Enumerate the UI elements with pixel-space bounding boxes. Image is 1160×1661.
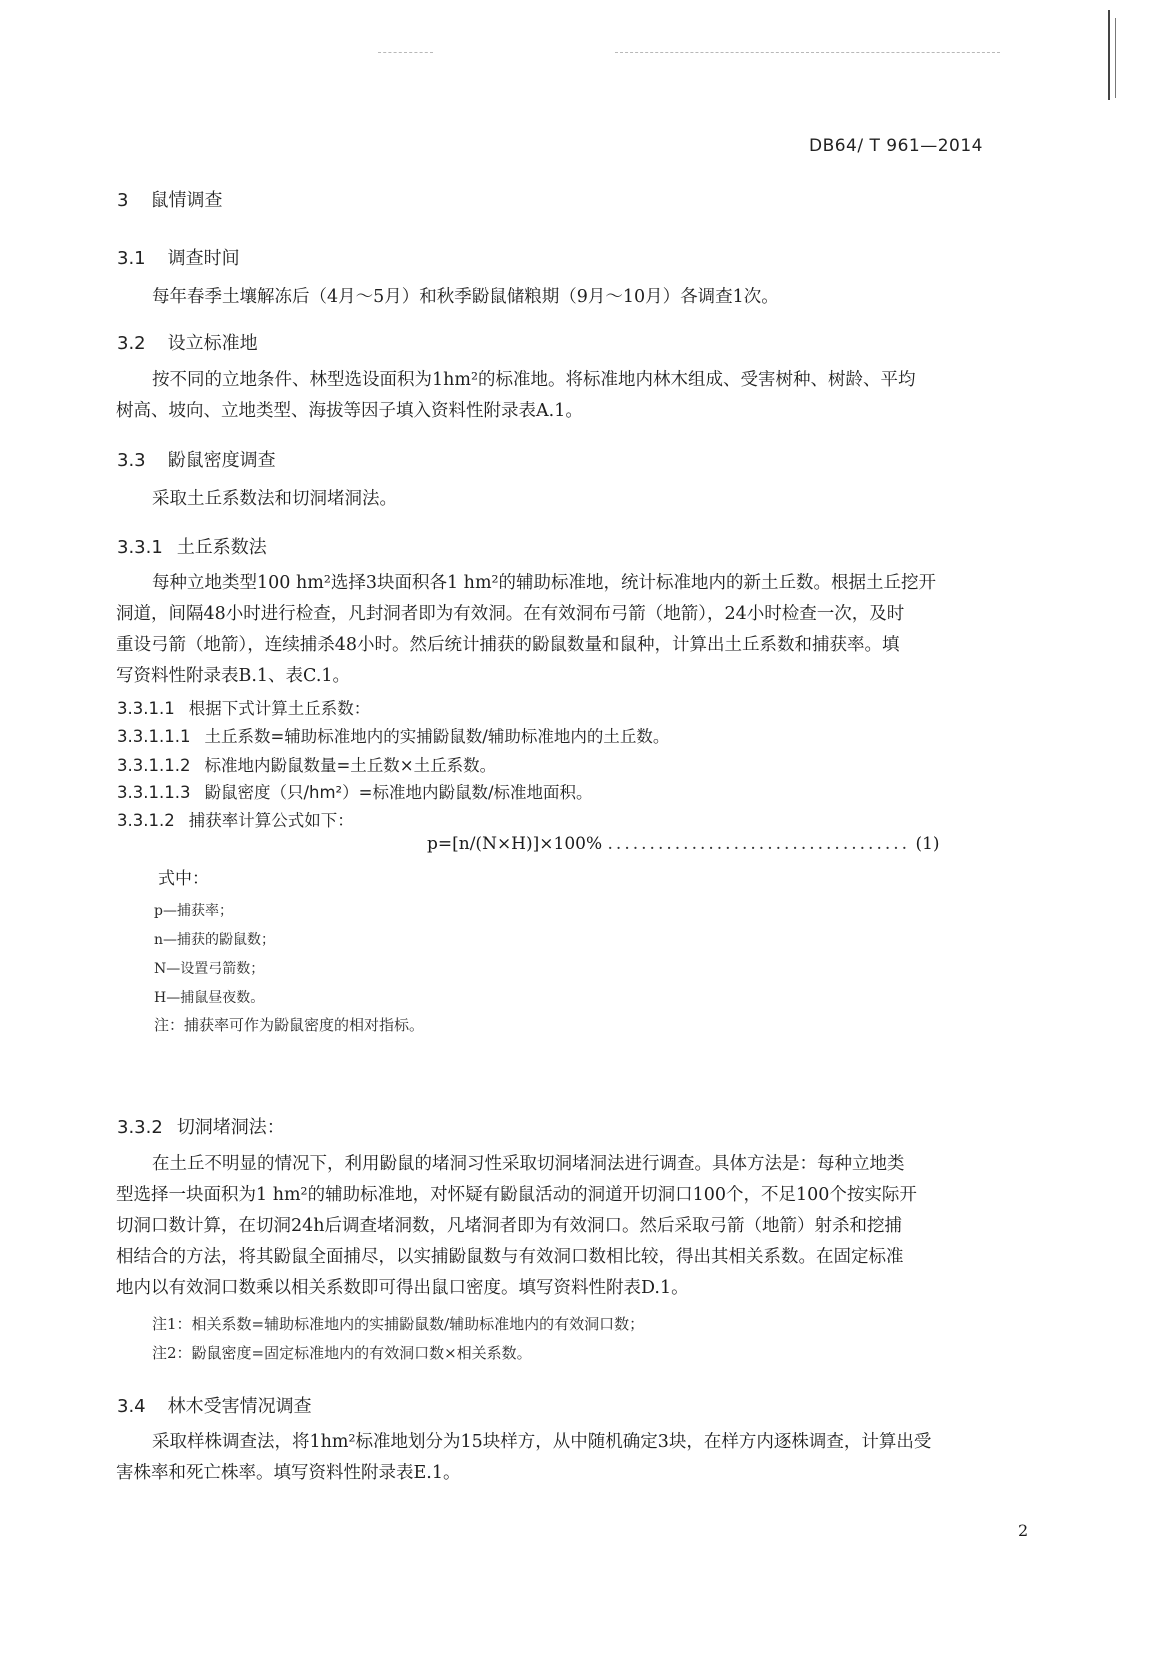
clause-3-3-1-2: 3.3.1.2捕获率计算公式如下： [117, 807, 354, 831]
clause-number: 3.3.1.1 [117, 699, 175, 718]
section-heading-3-3: 3.3鼢鼠密度调查 [117, 446, 276, 472]
section-heading-3-1: 3.1调查时间 [117, 244, 240, 270]
clause-number: 3.3.1.1.1 [117, 727, 190, 746]
section-title: 设立标准地 [168, 333, 258, 354]
paragraph-hole-line-4: 相结合的方法，将其鼢鼠全面捕尽，以实捕鼢鼠数与有效洞口数相比较，得出其相关系数。… [116, 1242, 904, 1273]
section-number: 3.4 [117, 1396, 146, 1417]
where-item-p: p—捕获率； [154, 900, 233, 920]
where-title: 式中： [158, 864, 209, 895]
clause-text: 捕获率计算公式如下： [189, 811, 354, 830]
formula-leader-dots: .................................... [608, 834, 911, 854]
scan-edge-line [1108, 10, 1110, 100]
clause-text: 标准地内鼢鼠数量=土丘数×土丘系数。 [204, 756, 496, 775]
clause-text: 鼢鼠密度（只/hm²）=标准地内鼢鼠数/标准地面积。 [204, 783, 592, 802]
section-heading-3-4: 3.4林木受害情况调查 [117, 1392, 312, 1418]
section-title: 鼢鼠密度调查 [168, 450, 276, 471]
clause-number: 3.3.1.2 [117, 811, 175, 830]
section-number: 3.1 [117, 248, 146, 269]
paragraph-hole-line-2: 型选择一块面积为1 hm²的辅助标准地，对怀疑有鼢鼠活动的洞道开切洞口100个，… [116, 1180, 917, 1211]
formula-number: (1) [915, 834, 939, 854]
clause-number: 3.3.1.1.3 [117, 783, 190, 802]
clause-3-3-1-1-3: 3.3.1.1.3鼢鼠密度（只/hm²）=标准地内鼢鼠数/标准地面积。 [117, 779, 593, 803]
paragraph-methods: 采取土丘系数法和切洞堵洞法。 [152, 484, 397, 515]
paragraph-hole-line-5: 地内以有效洞口数乘以相关系数即可得出鼠口密度。填写资料性附表D.1。 [116, 1273, 689, 1304]
section-heading-3: 3鼠情调查 [117, 186, 222, 212]
paragraph-hole-line-1: 在土丘不明显的情况下，利用鼢鼠的堵洞习性采取切洞堵洞法进行调查。具体方法是：每种… [152, 1149, 905, 1180]
where-item-n: n—捕获的鼢鼠数； [154, 929, 275, 949]
paragraph-hole-line-3: 切洞口数计算，在切洞24h后调查堵洞数，凡堵洞者即为有效洞口。然后采取弓箭（地箭… [116, 1211, 902, 1242]
section-title: 林木受害情况调查 [168, 1396, 312, 1417]
paragraph-mound-line-1: 每种立地类型100 hm²选择3块面积各1 hm²的辅助标准地，统计标准地内的新… [152, 568, 936, 599]
note-2-density: 注2：鼢鼠密度=固定标准地内的有效洞口数×相关系数。 [152, 1342, 532, 1363]
section-title: 鼠情调查 [150, 190, 222, 211]
clause-3-3-1-1: 3.3.1.1根据下式计算土丘系数： [117, 695, 370, 719]
note-capture-rate: 注：捕获率可作为鼢鼠密度的相对指标。 [154, 1014, 424, 1035]
section-number: 3.2 [117, 333, 146, 354]
paragraph-mound-line-2: 洞道，间隔48小时进行检查，凡封洞者即为有效洞。在有效洞布弓箭（地箭），24小时… [116, 599, 904, 630]
page-number: 2 [1018, 1521, 1028, 1540]
where-item-N: N—设置弓箭数； [154, 958, 264, 978]
section-title: 土丘系数法 [177, 537, 267, 558]
note-1-correlation: 注1：相关系数=辅助标准地内的实捕鼢鼠数/辅助标准地内的有效洞口数； [152, 1313, 644, 1334]
section-number: 3.3.2 [117, 1117, 163, 1138]
paragraph-damage-line-2: 害株率和死亡株率。填写资料性附录表E.1。 [116, 1458, 460, 1489]
paragraph-mound-line-3: 重设弓箭（地箭），连续捕杀48小时。然后统计捕获的鼢鼠数量和鼠种，计算出土丘系数… [116, 630, 900, 661]
paragraph-plot-line-2: 树高、坡向、立地类型、海拔等因子填入资料性附录表A.1。 [116, 396, 583, 427]
clause-text: 土丘系数=辅助标准地内的实捕鼢鼠数/辅助标准地内的土丘数。 [204, 727, 669, 746]
section-title: 调查时间 [168, 248, 240, 269]
scan-artifact-dash [378, 52, 433, 54]
section-number: 3.3.1 [117, 537, 163, 558]
paragraph-survey-time: 每年春季土壤解冻后（4月～5月）和秋季鼢鼠储粮期（9月～10月）各调查1次。 [152, 282, 779, 313]
section-heading-3-3-1: 3.3.1土丘系数法 [117, 533, 267, 559]
section-number: 3 [117, 190, 128, 211]
clause-text: 根据下式计算土丘系数： [189, 699, 371, 718]
formula-expression: p=[n/(N×H)]×100% [427, 834, 602, 854]
clause-number: 3.3.1.1.2 [117, 756, 190, 775]
paragraph-damage-line-1: 采取样株调查法，将1hm²标准地划分为15块样方，从中随机确定3块，在样方内逐株… [152, 1427, 931, 1458]
where-item-H: H—捕鼠昼夜数。 [154, 987, 264, 1007]
scan-edge-line [1115, 18, 1116, 98]
clause-3-3-1-1-1: 3.3.1.1.1土丘系数=辅助标准地内的实捕鼢鼠数/辅助标准地内的土丘数。 [117, 723, 669, 747]
section-number: 3.3 [117, 450, 146, 471]
formula-capture-rate: p=[n/(N×H)]×100% .......................… [427, 834, 940, 854]
paragraph-mound-line-4: 写资料性附录表B.1、表C.1。 [116, 661, 350, 692]
scan-artifact-dash [615, 52, 1000, 54]
section-heading-3-2: 3.2设立标准地 [117, 329, 258, 355]
section-title: 切洞堵洞法： [177, 1117, 285, 1138]
clause-3-3-1-1-2: 3.3.1.1.2标准地内鼢鼠数量=土丘数×土丘系数。 [117, 752, 496, 776]
document-code: DB64/ T 961—2014 [809, 136, 983, 156]
section-heading-3-3-2: 3.3.2切洞堵洞法： [117, 1113, 285, 1139]
paragraph-plot-line-1: 按不同的立地条件、林型选设面积为1hm²的标准地。将标准地内林木组成、受害树种、… [152, 365, 916, 396]
